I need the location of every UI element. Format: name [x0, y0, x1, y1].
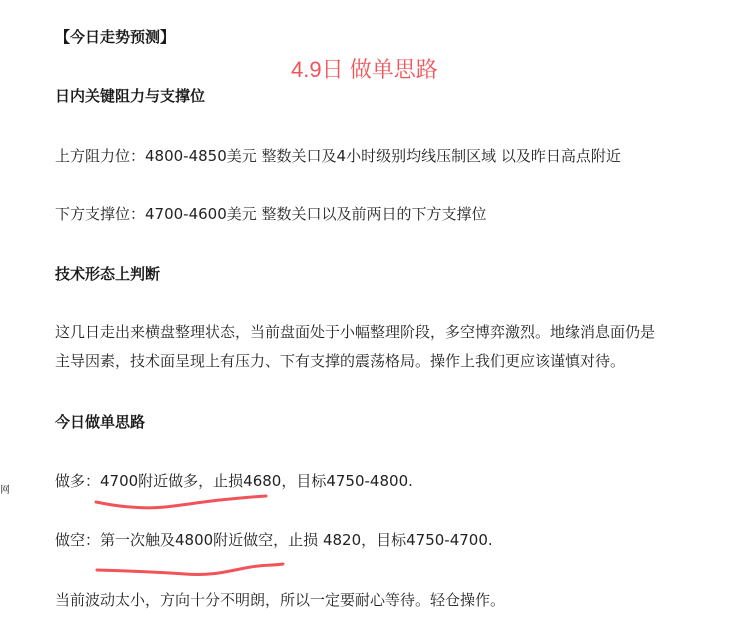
section-title: 【今日走势预测】: [55, 27, 175, 47]
underline-long: [96, 496, 266, 508]
note-text: 当前波动太小，方向十分不明朗，所以一定要耐心等待。轻仓操作。: [55, 590, 505, 610]
short-strategy-text: 做空：第一次触及4800附近做空，止损 4820，目标4750-4700.: [55, 530, 493, 550]
underline-short: [97, 564, 283, 575]
strategy-heading: 今日做单思路: [55, 412, 145, 432]
highlight-title: 4.9日 做单思路: [291, 56, 438, 84]
long-strategy-text: 做多：4700附近做多，止损4680，目标4750-4800.: [55, 471, 413, 491]
support-text: 下方支撑位：4700-4600美元 整数关口以及前两日的下方支撑位: [55, 204, 487, 224]
resistance-text: 上方阻力位：4800-4850美元 整数关口及4小时级别均线压制区域 以及昨日高…: [55, 146, 621, 166]
side-fragment: 网: [0, 484, 10, 498]
levels-heading: 日内关键阻力与支撑位: [55, 86, 205, 106]
technical-heading: 技术形态上判断: [55, 264, 160, 284]
technical-line-2: 主导因素，技术面呈现上有压力、下有支撑的震荡格局。操作上我们更应该谨慎对待。: [55, 351, 625, 371]
technical-line-1: 这几日走出来横盘整理状态，当前盘面处于小幅整理阶段，多空博弈激烈。地缘消息面仍是: [55, 322, 655, 342]
